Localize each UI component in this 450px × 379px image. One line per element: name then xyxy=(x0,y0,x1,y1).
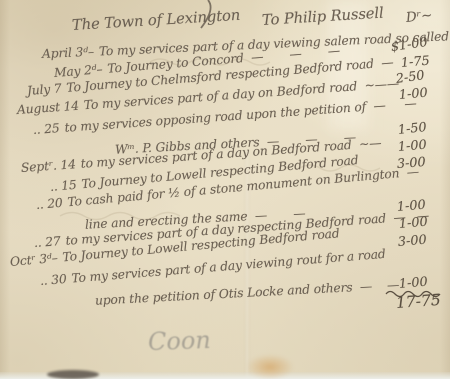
header-town: The Town of Lexington xyxy=(71,7,240,34)
entry-date xyxy=(90,294,91,308)
entry-date: May 2ᵈ– xyxy=(53,62,103,80)
entry-date: July 7 xyxy=(26,81,62,98)
docket-mark: Coon xyxy=(148,326,212,356)
paper-stain xyxy=(246,354,294,379)
entry-date: .. 20 xyxy=(35,196,63,212)
entry-date: April 3ᵈ– xyxy=(42,45,95,61)
entry-amount: 1-00 xyxy=(398,215,428,232)
entry-date: August 14 xyxy=(17,99,80,117)
entry-amount: 1-00 xyxy=(396,198,426,215)
entry-date: .. 30 xyxy=(39,272,67,288)
entry-date: .. 25 xyxy=(33,121,61,137)
header-dr-abbreviation: Dʳ~ xyxy=(405,7,433,26)
entry-amount: 3-00 xyxy=(396,155,426,172)
entry-date xyxy=(80,218,81,232)
entry-amount: 3-00 xyxy=(397,233,427,250)
entry-date: .. 15 xyxy=(49,178,77,194)
entry-amount: 1-00 xyxy=(397,138,427,155)
ink-smudge xyxy=(47,370,99,379)
entry-date: Septʳ. 14 xyxy=(21,157,77,175)
entry-amount: 2-50 xyxy=(395,68,426,87)
scanned-document-page: The Town of Lexington To Philip Russell … xyxy=(0,0,450,379)
entry-amount: 1-50 xyxy=(397,120,427,138)
total-amount: 17-75 xyxy=(395,291,441,312)
entry-date: Octʳ 3ᵈ– xyxy=(9,251,58,269)
entry-date: .. 27 xyxy=(34,234,62,250)
entry-amount: 1-00 xyxy=(398,86,428,103)
